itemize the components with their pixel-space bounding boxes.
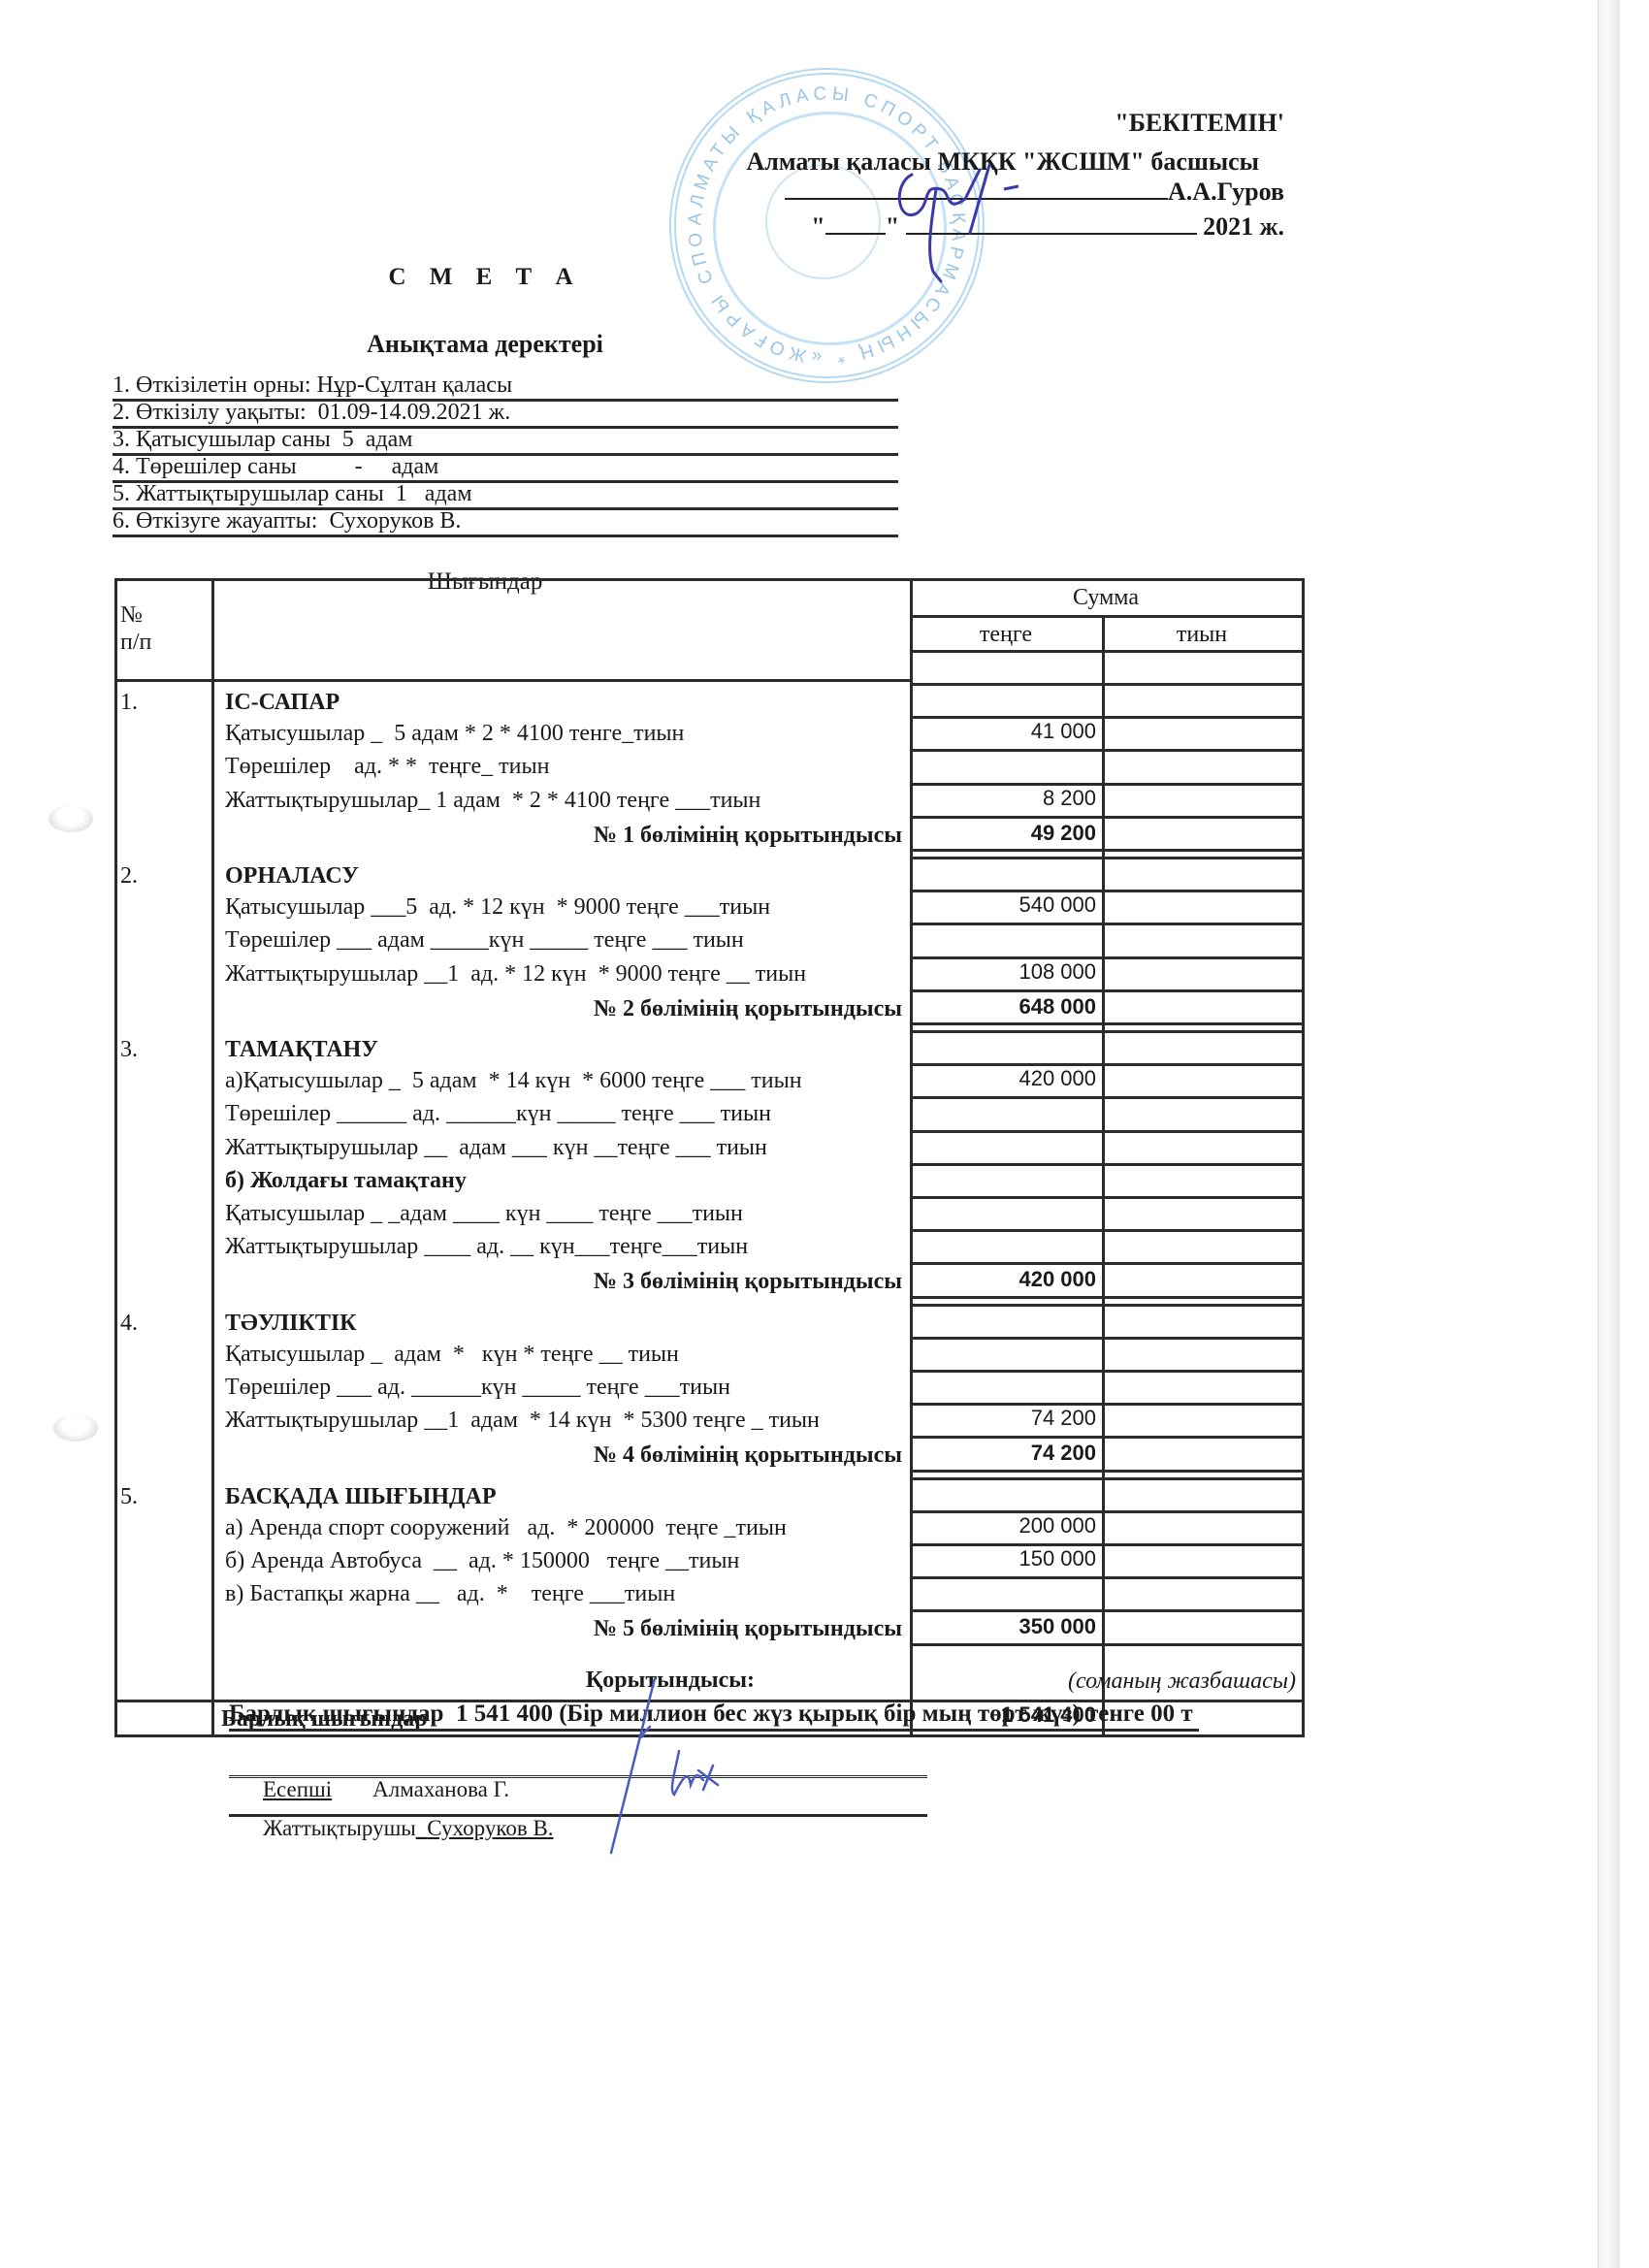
row-rule xyxy=(910,989,1305,992)
row-rule xyxy=(910,1337,1305,1340)
row-rule xyxy=(910,1609,1305,1612)
section-total-label: № 4 бөлімінің қорытындысы xyxy=(211,1442,902,1469)
scanned-page: АЛМАТЫ ҚАЛАСЫ СПОРТ БАСҚАРМАСЫНЫҢ * «ЖОҒ… xyxy=(0,0,1649,2268)
row-rule xyxy=(910,749,1305,752)
reference-data-item: 4. Төрешілер саны - адам xyxy=(113,454,898,483)
scan-edge-strip xyxy=(1598,0,1620,2268)
amount-in-words-note: (соманың жазбашасы) xyxy=(1068,1669,1296,1695)
amount-tenge: 648 000 xyxy=(914,993,1096,1021)
coach-role: Жаттықтырушы xyxy=(251,1816,416,1840)
row-rule xyxy=(910,1304,1305,1307)
expenses-table: № п/пСумматеңгетиын1.ІС-САПАРҚатысушылар… xyxy=(114,578,1302,1679)
expense-line: Жаттықтырушылар __1 ад. * 12 күн * 9000 … xyxy=(225,960,806,988)
section-total-label: № 3 бөлімінің қорытындысы xyxy=(211,1268,902,1295)
row-rule xyxy=(910,683,1305,686)
row-rule xyxy=(910,1296,1305,1299)
date-quote-open: " xyxy=(811,212,824,241)
section-number: 3. xyxy=(120,1036,138,1063)
row-rule xyxy=(910,816,1305,819)
row-rule xyxy=(910,1096,1305,1099)
row-rule xyxy=(910,1229,1305,1232)
column-header-tenge: теңге xyxy=(910,621,1102,648)
amount-tenge: 74 200 xyxy=(914,1405,1096,1432)
table-column-rule xyxy=(211,578,214,1737)
row-rule xyxy=(910,849,1305,852)
amount-tenge: 200 000 xyxy=(914,1512,1096,1539)
approval-signer: А.А.Гуров xyxy=(1168,178,1284,206)
section-number: 2. xyxy=(120,862,138,890)
expense-line: Жаттықтырушылар ____ ад. __ күн___теңге_… xyxy=(225,1233,748,1260)
approval-year: 2021 ж. xyxy=(1203,212,1284,241)
row-rule xyxy=(910,1196,1305,1199)
punch-hole xyxy=(48,805,93,832)
row-rule xyxy=(910,1163,1305,1166)
amount-tenge: 540 000 xyxy=(914,891,1096,919)
row-rule xyxy=(910,1130,1305,1133)
section-title: ОРНАЛАСУ xyxy=(225,862,359,890)
section-title: ТАМАҚТАНУ xyxy=(225,1036,378,1063)
accountant-line: ЕсепшіАлмаханова Г. xyxy=(229,1746,927,1778)
expense-line: а) Аренда спорт сооружений ад. * 200000 … xyxy=(225,1514,787,1541)
section-total-label: № 5 бөлімінің қорытындысы xyxy=(211,1615,902,1642)
amount-tenge: 150 000 xyxy=(914,1545,1096,1572)
section-number: 5. xyxy=(120,1483,138,1510)
coach-signature xyxy=(582,1678,757,1872)
row-rule xyxy=(910,1470,1305,1473)
expense-line: б) Аренда Автобуса __ ад. * 150000 теңге… xyxy=(225,1547,739,1574)
section-total-label: № 2 бөлімінің қорытындысы xyxy=(211,995,902,1022)
table-column-rule xyxy=(1302,578,1305,1737)
table-column-rule xyxy=(114,578,117,1737)
punch-hole xyxy=(53,1414,98,1442)
header-bottom-rule xyxy=(114,679,913,682)
row-rule xyxy=(910,1262,1305,1265)
table-column-rule xyxy=(910,578,913,1737)
row-rule xyxy=(910,1477,1305,1480)
amount-tenge: 420 000 xyxy=(914,1266,1096,1293)
expense-line: а)Қатысушылар _ 5 адам * 14 күн * 6000 т… xyxy=(225,1067,802,1094)
reference-data-item: 1. Өткізілетін орны: Нұр-Сұлтан қаласы xyxy=(113,373,898,402)
section-number: 4. xyxy=(120,1310,138,1337)
reference-data-item: 2. Өткізілу уақыты: 01.09-14.09.2021 ж. xyxy=(113,400,898,429)
expense-line: б) Жолдағы тамақтану xyxy=(225,1167,467,1194)
expense-line: Қатысушылар ___5 ад. * 12 күн * 9000 тең… xyxy=(225,893,770,921)
row-rule xyxy=(910,1030,1305,1033)
amount-tenge: 108 000 xyxy=(914,958,1096,986)
header-rule xyxy=(910,615,1305,618)
expense-line: Қатысушылар _ 5 адам * 2 * 4100 тенге_ти… xyxy=(225,720,684,747)
section-title: ІС-САПАР xyxy=(225,689,339,716)
column-header-tiyn: тиын xyxy=(1102,621,1302,648)
coach-name: _Сухоруков В. xyxy=(416,1816,554,1840)
amount-tenge: 420 000 xyxy=(914,1065,1096,1092)
reference-data-item: 3. Қатысушылар саны 5 адам xyxy=(113,427,898,456)
expense-line: Төрешілер ___ ад. ______күн _____ теңге … xyxy=(225,1374,730,1401)
column-header-sum: Сумма xyxy=(910,584,1302,611)
expense-line: Төрешілер ______ ад. ______күн _____ тең… xyxy=(225,1100,771,1127)
section-title: БАСҚАДА ШЫҒЫНДАР xyxy=(225,1483,497,1510)
expense-line: в) Бастапқы жарна __ ад. * теңге ___тиын xyxy=(225,1580,675,1607)
amount-tenge: 41 000 xyxy=(914,718,1096,745)
expense-line: Төрешілер ад. * * теңге_ тиын xyxy=(225,753,549,780)
amount-tenge: 49 200 xyxy=(914,820,1096,847)
expense-line: Жаттықтырушылар __ адам ___ күн __теңге … xyxy=(225,1134,767,1161)
amount-tenge: 8 200 xyxy=(914,785,1096,812)
amount-tenge: 74 200 xyxy=(914,1440,1096,1467)
section-title: ТӘУЛІКТІК xyxy=(225,1310,357,1337)
expense-line: Жаттықтырушылар __1 адам * 14 күн * 5300… xyxy=(225,1407,820,1434)
table-top-rule xyxy=(114,578,1305,581)
row-rule xyxy=(910,857,1305,859)
row-rule xyxy=(910,1643,1305,1646)
coach-line: Жаттықтырушы_Сухоруков В. xyxy=(229,1785,927,1817)
section-total-label: № 1 бөлімінің қорытындысы xyxy=(211,822,902,849)
section-number: 1. xyxy=(120,689,138,716)
row-rule xyxy=(910,1436,1305,1439)
header-rule xyxy=(910,650,1305,653)
row-rule xyxy=(910,1370,1305,1373)
amount-tenge: 350 000 xyxy=(914,1613,1096,1640)
reference-data-item: 5. Жаттықтырушылар саны 1 адам xyxy=(113,481,898,510)
expense-line: Жаттықтырушылар_ 1 адам * 2 * 4100 теңге… xyxy=(225,787,760,814)
approval-title: "БЕКІТЕМІН' xyxy=(1115,109,1284,138)
table-column-rule xyxy=(1102,615,1105,1737)
row-rule xyxy=(910,1022,1305,1025)
column-header-number: № п/п xyxy=(120,601,151,656)
row-rule xyxy=(910,923,1305,925)
row-rule xyxy=(910,1576,1305,1579)
reference-data-heading: Анықтама деректері xyxy=(0,330,970,359)
expense-line: Төрешілер ___ адам _____күн _____ теңге … xyxy=(225,926,744,954)
document-title: С М Е Т А xyxy=(0,264,970,291)
expense-line: Қатысушылар _ _адам ____ күн ____ теңге … xyxy=(225,1200,743,1227)
reference-data-item: 6. Өткізуге жауапты: Сухоруков В. xyxy=(113,508,898,537)
expense-line: Қатысушылар _ адам * күн * теңге __ тиын xyxy=(225,1341,679,1368)
